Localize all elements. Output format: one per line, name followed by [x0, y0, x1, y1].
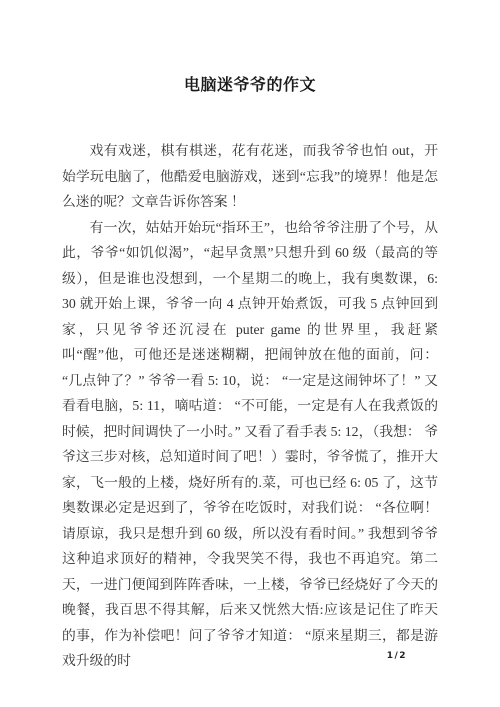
document-page: 电脑迷爷爷的作文 戏有戏迷，棋有棋迷，花有花迷，而我爷爷也怕 out，开始学玩电…	[0, 0, 500, 707]
page-number: 1/2	[387, 651, 407, 661]
paragraph-2: 有一次，姑姑开始玩“指环王”，也给爷爷注册了个号，从此，爷爷“如饥似渴”，“起早…	[62, 215, 438, 674]
paragraph-1: 戏有戏迷，棋有棋迷，花有花迷，而我爷爷也怕 out，开始学玩电脑了，他酷爱电脑游…	[62, 138, 438, 215]
document-body: 戏有戏迷，棋有棋迷，花有花迷，而我爷爷也怕 out，开始学玩电脑了，他酷爱电脑游…	[62, 138, 438, 674]
document-title: 电脑迷爷爷的作文	[0, 72, 500, 95]
